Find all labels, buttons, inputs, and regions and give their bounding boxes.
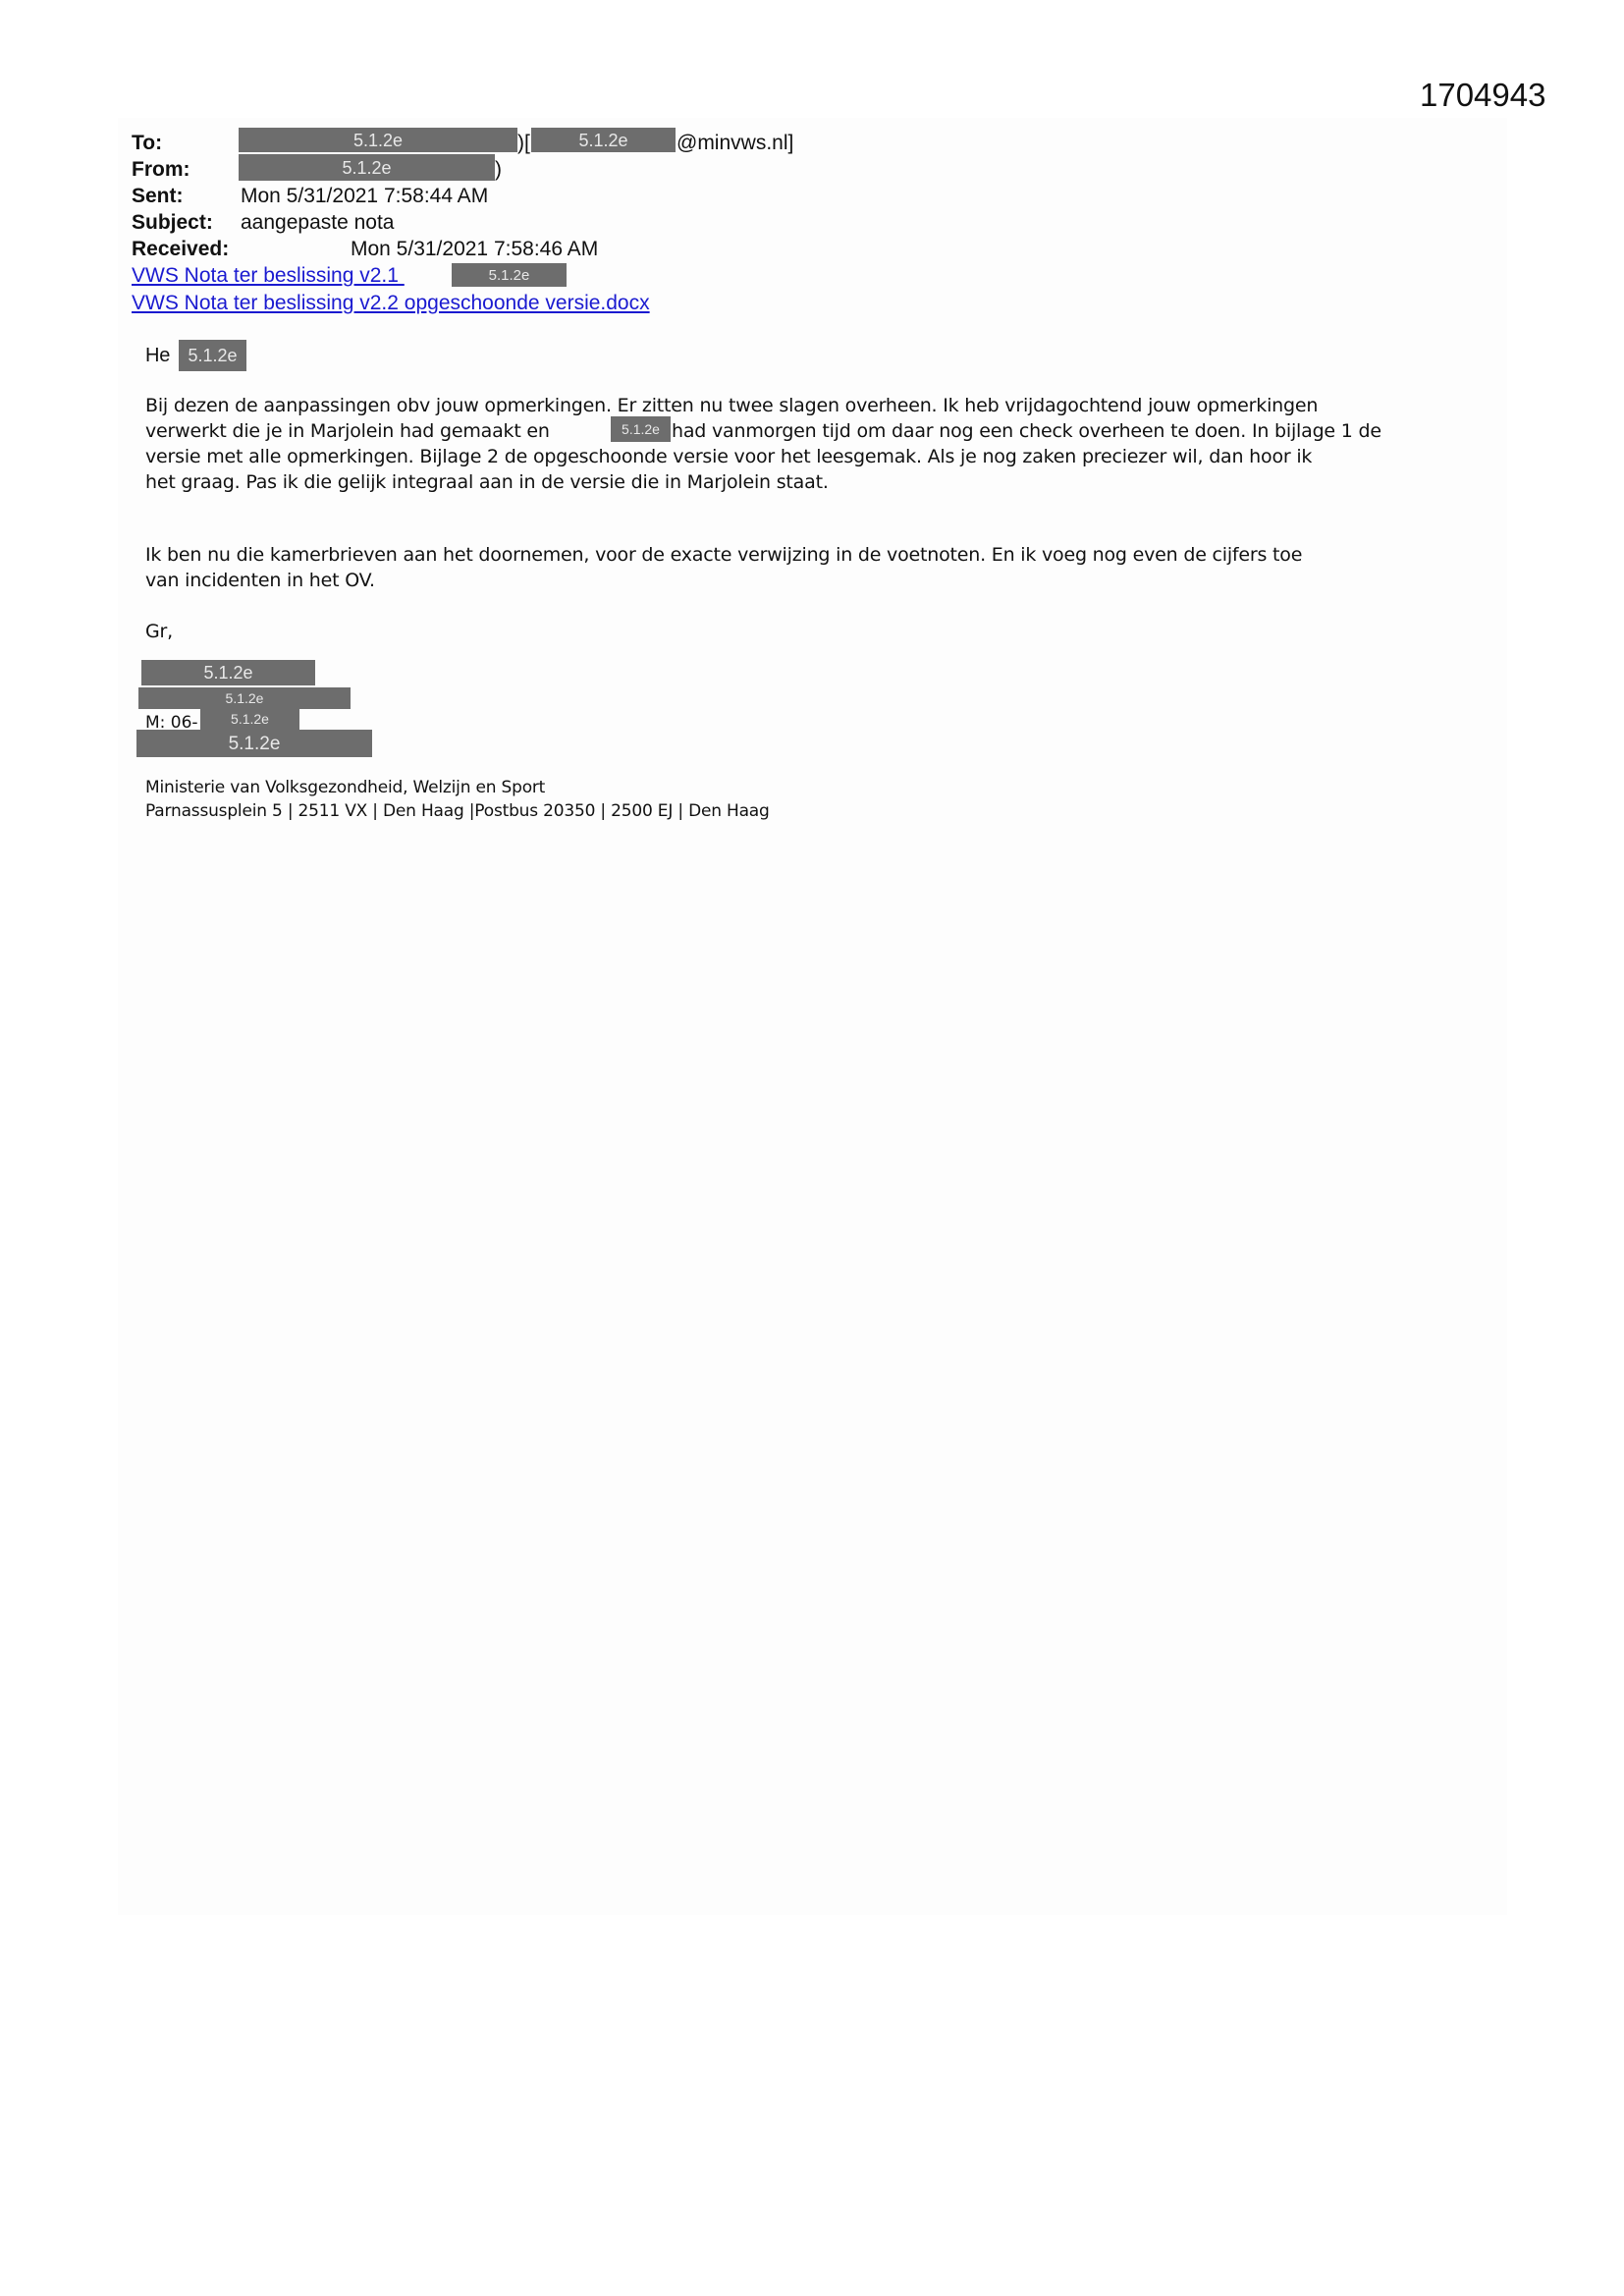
closing: Gr,: [145, 619, 173, 644]
redaction-to-name: 5.1.2e: [239, 128, 517, 152]
redaction-greeting-name: 5.1.2e: [179, 340, 246, 371]
document-id: 1704943: [1420, 77, 1545, 114]
redaction-to-email: 5.1.2e: [531, 128, 676, 152]
footer-address: Parnassusplein 5 | 2511 VX | Den Haag |P…: [145, 801, 770, 821]
attachment-v2-1-prefix: VWS Nota ter beslissing v2.1: [132, 264, 405, 287]
body-paragraph-1-line-4: het graag. Pas ik die gelijk integraal a…: [145, 469, 829, 495]
body-paragraph-1-line-3: versie met alle opmerkingen. Bijlage 2 d…: [145, 444, 1312, 469]
redaction-signature-extra: 5.1.2e: [136, 730, 372, 757]
received-value: Mon 5/31/2021 7:58:46 AM: [351, 239, 598, 259]
subject-value: aangepaste nota: [241, 212, 394, 233]
redaction-signature-name: 5.1.2e: [141, 660, 315, 685]
from-label: From:: [132, 159, 190, 180]
redaction-attachment-name: 5.1.2e: [452, 263, 567, 287]
greeting: He: [145, 343, 170, 368]
redaction-mobile-number: 5.1.2e: [200, 708, 299, 730]
sent-label: Sent:: [132, 186, 184, 206]
received-label: Received:: [132, 239, 229, 259]
body-paragraph-2-line-1: Ik ben nu die kamerbrieven aan het doorn…: [145, 542, 1302, 568]
footer-ministry: Ministerie van Volksgezondheid, Welzijn …: [145, 778, 545, 797]
body-paragraph-1-line-2a: verwerkt die je in Marjolein had gemaakt…: [145, 418, 550, 444]
redaction-colleague-name: 5.1.2e: [611, 416, 671, 442]
to-domain: @minvws.nl]: [677, 133, 793, 153]
body-paragraph-1-line-2b: had vanmorgen tijd om daar nog een check…: [672, 418, 1381, 444]
attachment-link-v2-2[interactable]: VWS Nota ter beslissing v2.2 opgeschoond…: [132, 293, 650, 313]
body-paragraph-2-line-2: van incidenten in het OV.: [145, 568, 375, 593]
redaction-from: 5.1.2e: [239, 154, 495, 181]
subject-label: Subject:: [132, 212, 213, 233]
to-label: To:: [132, 133, 162, 153]
from-close: ): [495, 159, 502, 180]
sent-value: Mon 5/31/2021 7:58:44 AM: [241, 186, 488, 206]
email-page: [118, 118, 1507, 1915]
body-paragraph-1-line-1: Bij dezen de aanpassingen obv jouw opmer…: [145, 393, 1318, 418]
to-separator: )[: [517, 133, 530, 153]
redaction-signature-title: 5.1.2e: [138, 687, 351, 709]
